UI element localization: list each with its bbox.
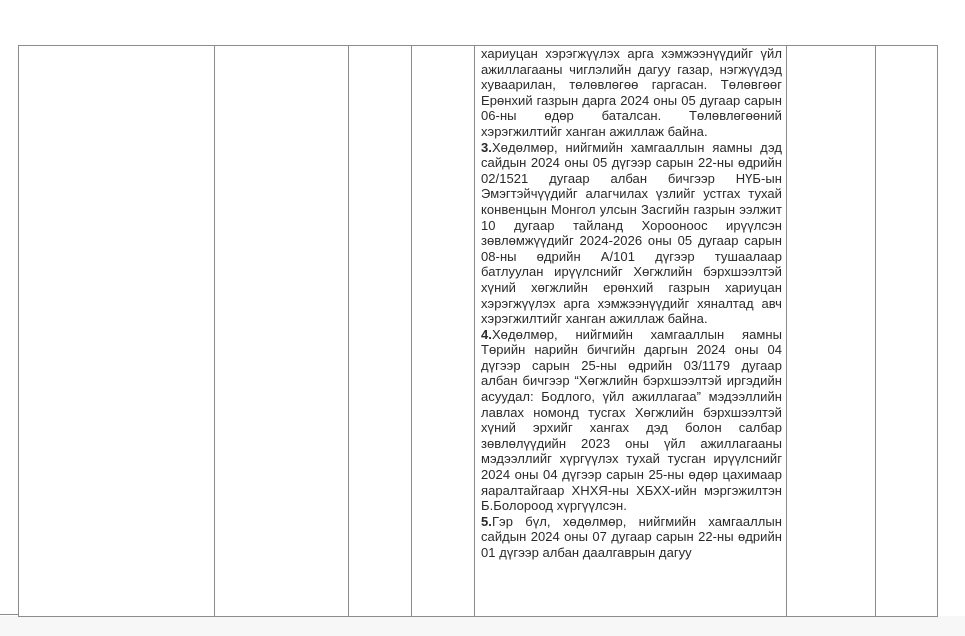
table-bottom-rule (0, 614, 18, 615)
paragraph-4: 4.Хөдөлмөр, нийгмийн хамгааллын яамны Тө… (481, 327, 782, 514)
page-margin-bottom (0, 616, 965, 636)
paragraph-continuation: хариуцан хэрэгжүүлэх арга хэмжээнүүдийг … (481, 46, 782, 140)
table-cell-2 (215, 46, 349, 617)
table-cell-3 (349, 46, 412, 617)
table-cell-4 (412, 46, 475, 617)
paragraph-5: 5.Гэр бүл, хөдөлмөр, нийгмийн хамгааллын… (481, 514, 782, 561)
table-row: хариуцан хэрэгжүүлэх арга хэмжээнүүдийг … (19, 46, 938, 617)
table-cell-6 (787, 46, 876, 617)
table-cell-content: хариуцан хэрэгжүүлэх арга хэмжээнүүдийг … (475, 46, 787, 617)
content-text: хариуцан хэрэгжүүлэх арга хэмжээнүүдийг … (475, 46, 786, 561)
paragraph-3: 3.Хөдөлмөр, нийгмийн хамгааллын яамны дэ… (481, 140, 782, 327)
table-cell-7 (876, 46, 938, 617)
table-cell-1 (19, 46, 215, 617)
document-table: хариуцан хэрэгжүүлэх арга хэмжээнүүдийг … (18, 45, 938, 617)
